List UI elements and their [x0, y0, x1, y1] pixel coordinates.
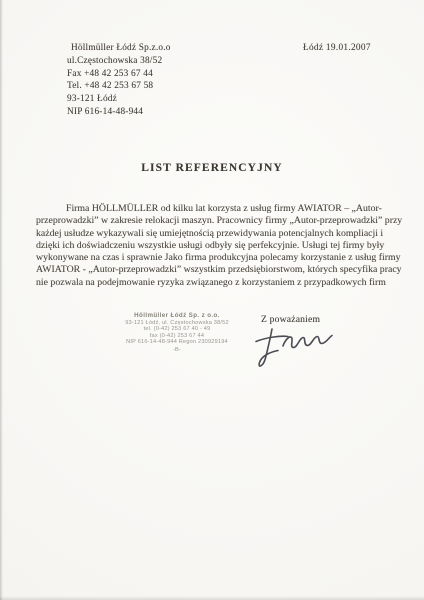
body-line: AWIATOR - „Autor-przeprowadzki” wszystki… [36, 264, 394, 276]
scanned-letter-page: Höllmüller Łódź Sp.z.o.o ul.Częstochowsk… [0, 0, 424, 600]
letterhead-tel: Tel. +48 42 253 67 58 [67, 80, 171, 93]
stamp-fax: fax (0-42) 253 67 44 [108, 333, 246, 340]
date-line: Łódź 19.01.2007 [303, 43, 371, 53]
letterhead-nip: NIP 616-14-48-944 [67, 106, 171, 119]
letterhead-street: ul.Częstochowska 38/52 [67, 55, 171, 68]
stamp-mark: -B- [108, 347, 246, 354]
body-line: Firma HÖLLMÜLLER od kilku lat korzysta z… [36, 203, 394, 215]
letterhead-fax: Fax +48 42 253 67 44 [67, 68, 171, 81]
stamp-address: 93-121 Łódź, ul. Częstochowska 38/52 [108, 320, 246, 327]
body-line: nie pozwala na podejmowanie ryzyka związ… [36, 277, 394, 289]
handwritten-signature-icon [253, 324, 341, 374]
document-title: LIST REFERENCYJNY [0, 162, 424, 174]
body-line: wykonywane na czas i sprawnie Jako firma… [36, 252, 394, 264]
company-stamp: Höllmüller Łódź Sp. z o.o. 93-121 Łódź, … [108, 313, 246, 354]
letterhead-city: 93-121 Łódź [67, 93, 171, 106]
body-line: dzięki ich doświadczeniu wszystkie usług… [36, 240, 394, 252]
letterhead-company: Höllmüller Łódź Sp.z.o.o [67, 42, 171, 55]
letterhead: Höllmüller Łódź Sp.z.o.o ul.Częstochowsk… [67, 42, 171, 119]
body-line: każdej usłudze wykazywali się umiejętnoś… [36, 228, 394, 240]
stamp-tel: tel. (0-42) 253 67 40 - 49 [108, 326, 246, 333]
stamp-company: Höllmüller Łódź Sp. z o.o. [108, 313, 246, 320]
body-line: przeprowadzki” w zakresie relokacji masz… [36, 215, 394, 227]
stamp-nip-regon: NIP 616-14-48-944 Regon 230929194 [108, 339, 246, 346]
body-paragraph: Firma HÖLLMÜLLER od kilku lat korzysta z… [36, 203, 394, 289]
